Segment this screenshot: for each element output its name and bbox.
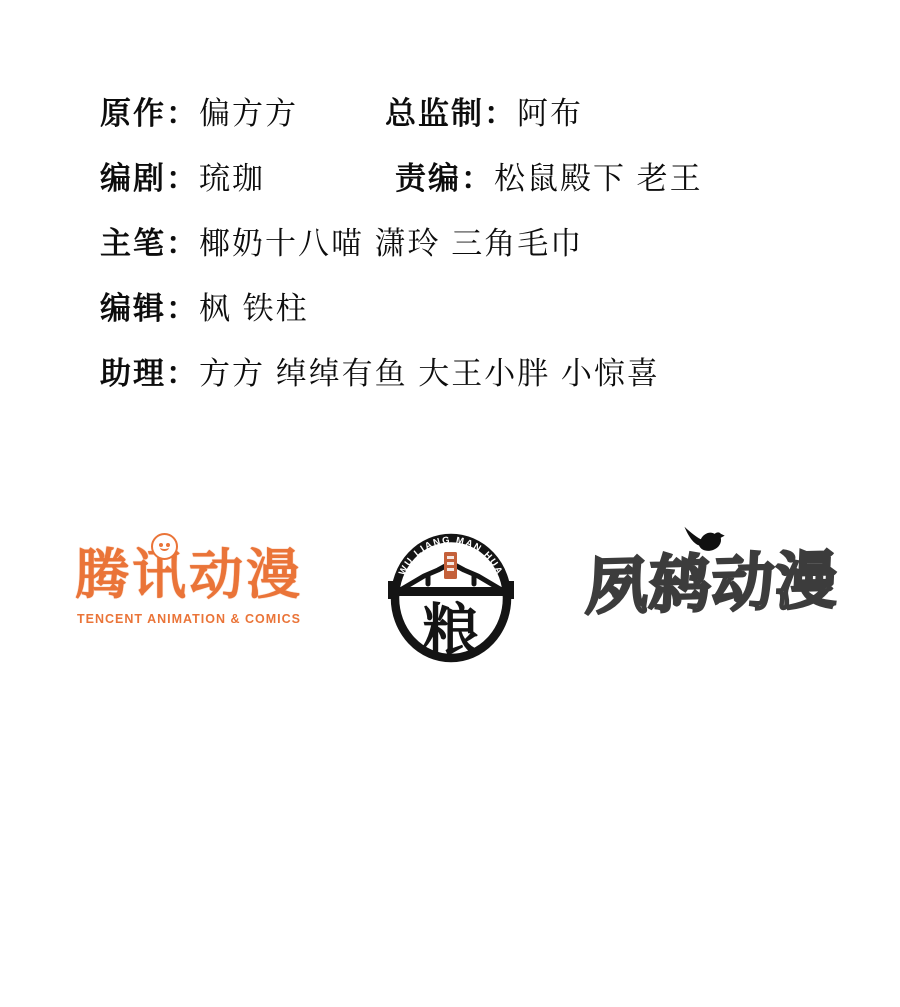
- credit-pair: 原作：偏方方: [100, 88, 385, 133]
- sudong-animation-logo: 夙鸫动漫: [586, 538, 838, 631]
- penguin-smile: [160, 544, 169, 551]
- wuliang-logo-graphic: WU LIANG MAN HUA 粮: [388, 529, 514, 663]
- wuliang-manhua-logo: WU LIANG MAN HUA 粮: [388, 529, 514, 668]
- credit-names: 椰奶十八喵 潇玲 三角毛巾: [199, 218, 583, 263]
- credit-role-label: 编辑：: [100, 283, 199, 328]
- credit-role-label: 编剧：: [100, 153, 199, 198]
- credit-names: 枫 铁柱: [199, 283, 309, 328]
- credit-pair: 总监制：阿布: [385, 88, 583, 133]
- credit-names: 琉珈: [199, 153, 265, 198]
- seal-mark: [447, 568, 454, 571]
- credit-pair: 编剧：琉珈: [100, 153, 395, 198]
- bar-right-cap: [509, 581, 514, 599]
- credits-page: 原作：偏方方总监制：阿布编剧：琉珈责编：松鼠殿下 老王主笔：椰奶十八喵 潇玲 三…: [0, 0, 900, 1007]
- seal-mark: [447, 556, 454, 559]
- credit-pair: 责编：松鼠殿下 老王: [395, 153, 703, 198]
- credit-names: 偏方方: [199, 88, 298, 133]
- credit-pair: 主笔：椰奶十八喵 潇玲 三角毛巾: [100, 218, 583, 263]
- tencent-animation-comics-logo: 腾讯动漫 TENCENT ANIMATION & COMICS: [55, 544, 323, 626]
- bar-left-cap: [388, 581, 393, 599]
- credit-role-label: 主笔：: [100, 218, 199, 263]
- sudong-logo-wordmark: 夙鸫动漫: [585, 535, 839, 635]
- credit-role-label: 责编：: [395, 153, 494, 198]
- credit-names: 阿布: [517, 88, 583, 133]
- tencent-logo-text: 腾讯动漫: [75, 545, 303, 605]
- credits-line: 编辑：枫 铁柱: [100, 273, 703, 338]
- tencent-logo-wordmark: 腾讯动漫: [75, 544, 303, 606]
- credit-pair: 编辑：枫 铁柱: [100, 283, 309, 328]
- credit-role-label: 原作：: [100, 88, 199, 133]
- credits-line: 主笔：椰奶十八喵 潇玲 三角毛巾: [100, 208, 703, 273]
- bird-icon: [680, 524, 725, 559]
- credit-names: 松鼠殿下 老王: [494, 153, 703, 198]
- credit-role-label: 助理：: [100, 348, 199, 393]
- horizontal-bar: [388, 587, 514, 596]
- credits-line: 编剧：琉珈责编：松鼠殿下 老王: [100, 143, 703, 208]
- penguin-face-icon: [151, 533, 178, 560]
- credits-line: 助理：方方 绰绰有鱼 大王小胖 小惊喜: [100, 338, 703, 403]
- credits-line: 原作：偏方方总监制：阿布: [100, 78, 703, 143]
- seal-mark: [447, 562, 454, 565]
- credit-pair: 助理：方方 绰绰有鱼 大王小胖 小惊喜: [100, 348, 660, 393]
- credit-role-label: 总监制：: [385, 88, 517, 133]
- tencent-logo-tagline: TENCENT ANIMATION & COMICS: [55, 612, 323, 626]
- grain-character: 粮: [423, 599, 480, 663]
- credit-names: 方方 绰绰有鱼 大王小胖 小惊喜: [199, 348, 660, 393]
- credits-list: 原作：偏方方总监制：阿布编剧：琉珈责编：松鼠殿下 老王主笔：椰奶十八喵 潇玲 三…: [100, 78, 703, 403]
